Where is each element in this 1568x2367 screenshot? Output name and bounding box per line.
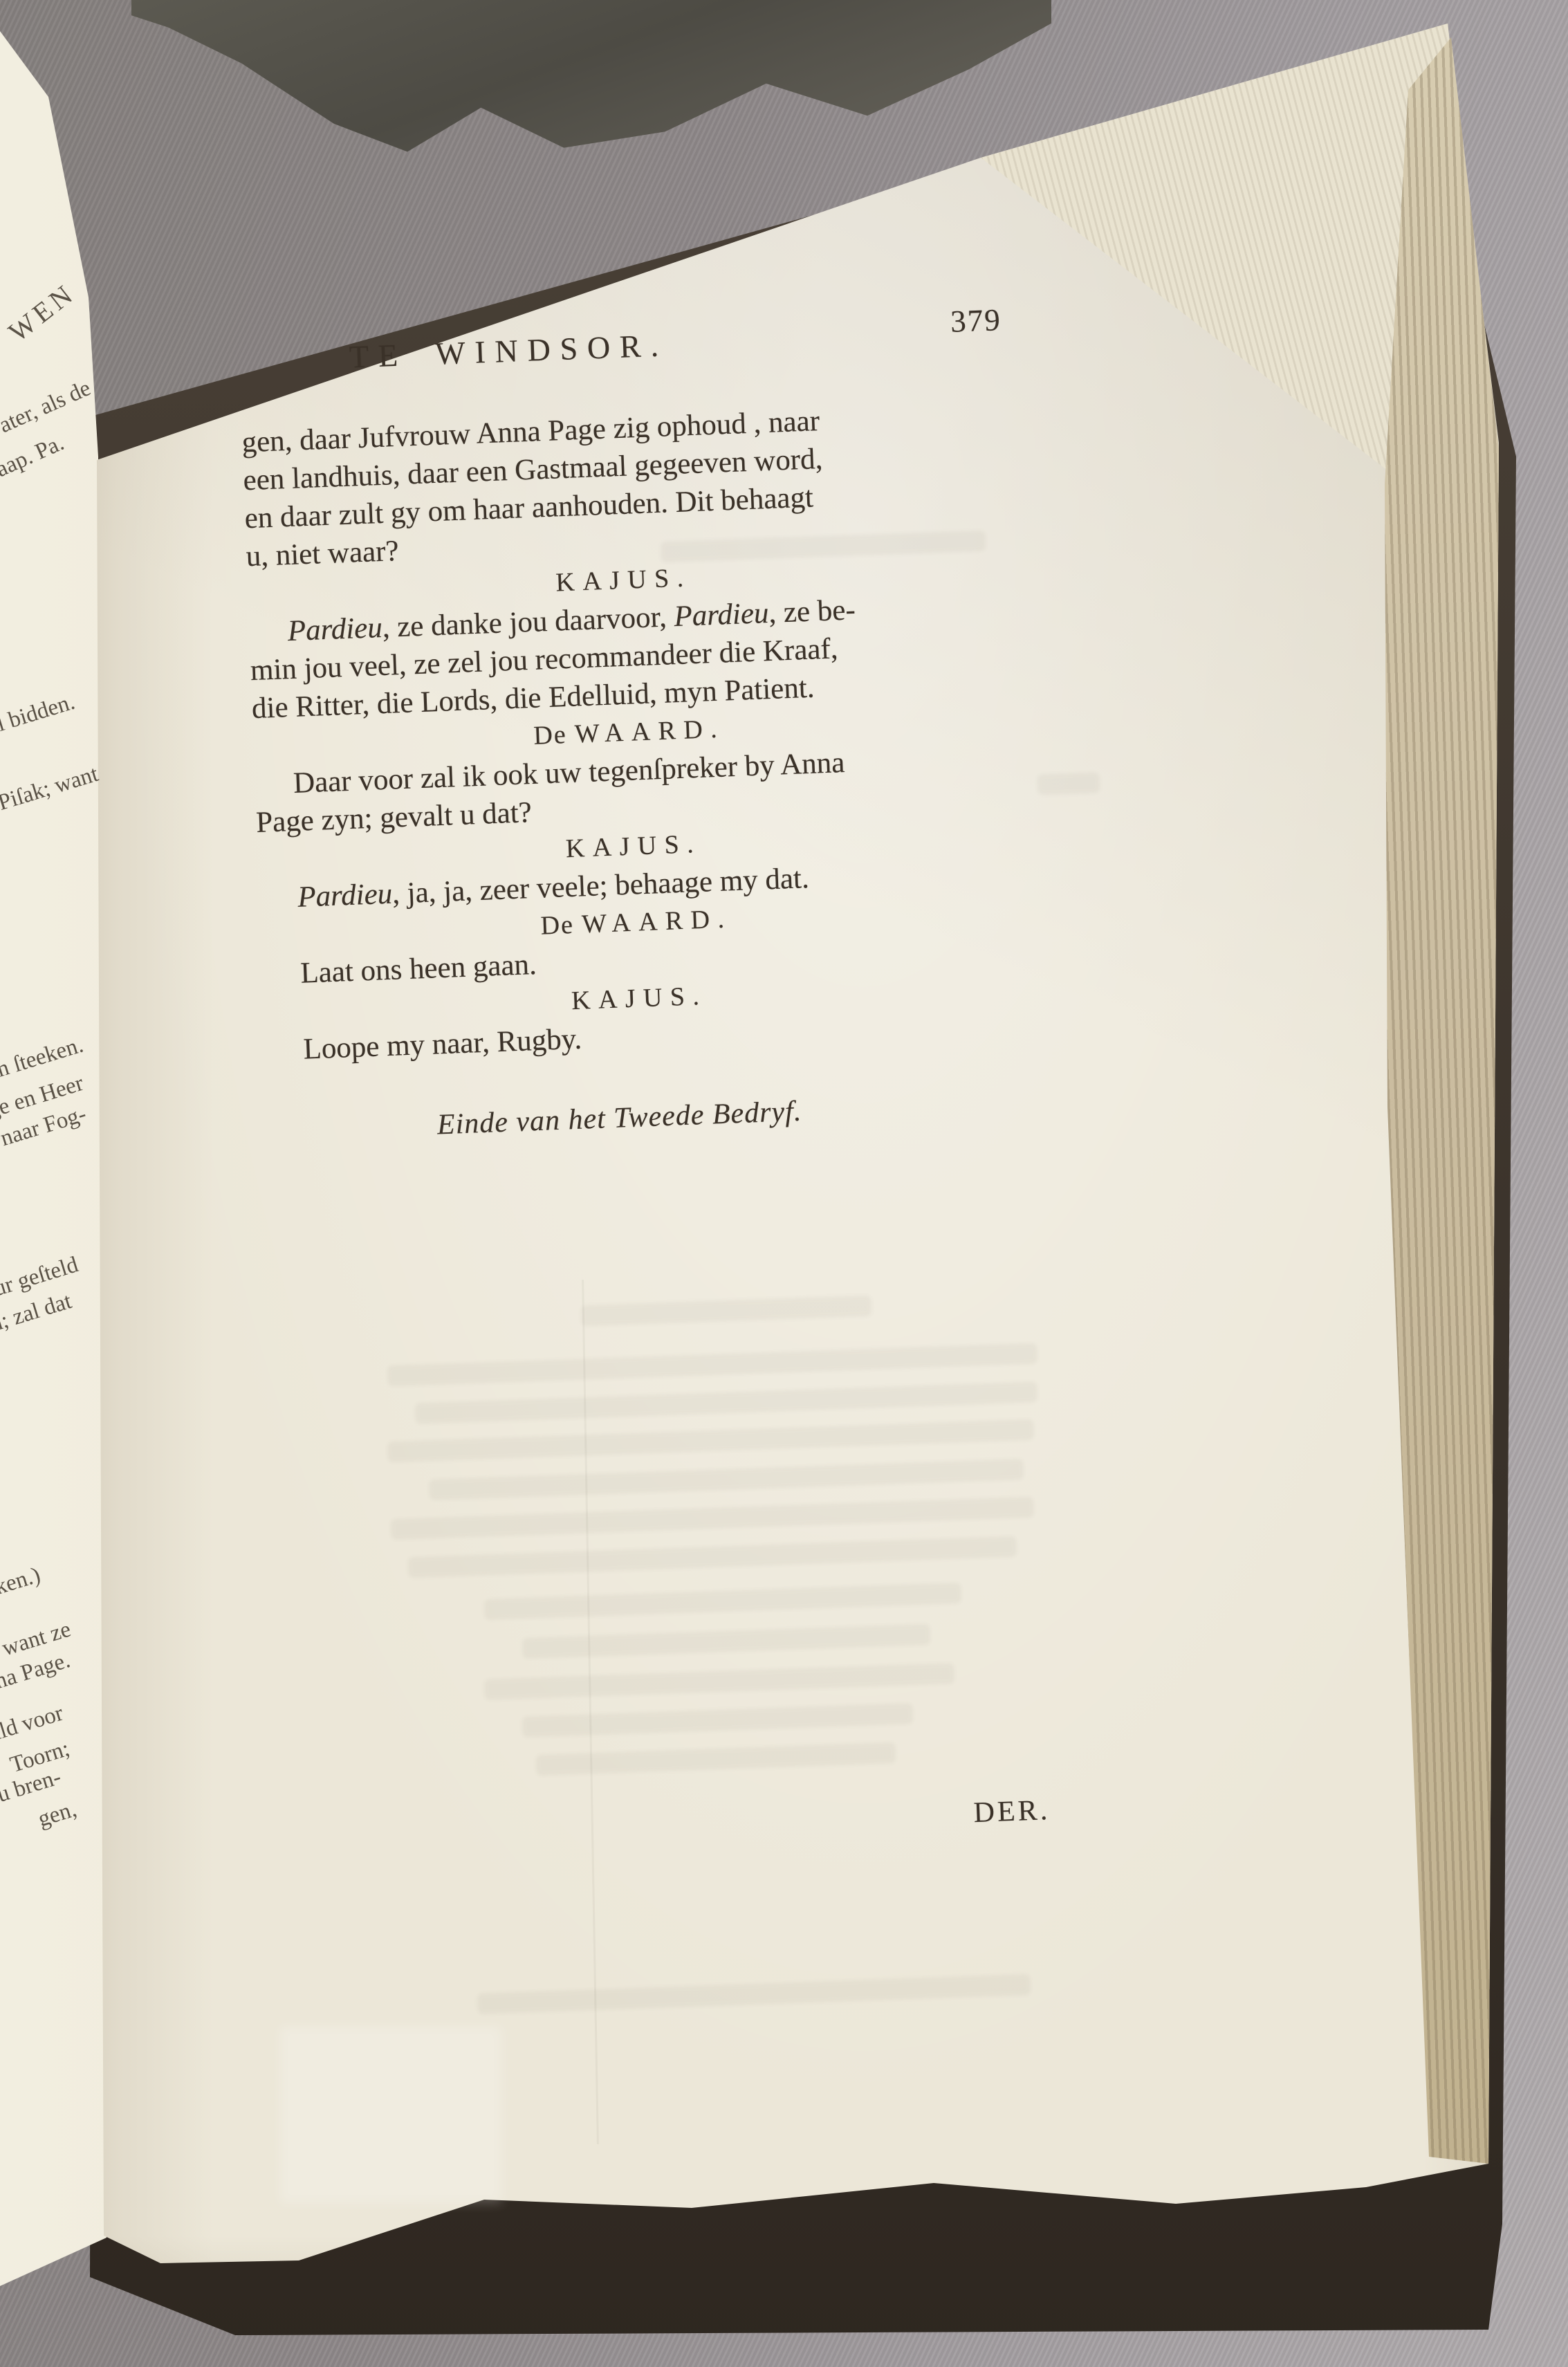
- fabric-cloth: [131, 0, 1051, 180]
- text-block: gen, daar Jufvrouw Anna Page zig ophoud …: [233, 394, 1057, 1151]
- paper-light-patch: [280, 2027, 501, 2203]
- catchword: DER.: [973, 1794, 1051, 1830]
- page-number: 379: [950, 302, 1002, 340]
- show-through-text: [1037, 772, 1100, 795]
- book-photo-scene: WEN water, als de paap. Pa. al bidden. P…: [0, 0, 1568, 2367]
